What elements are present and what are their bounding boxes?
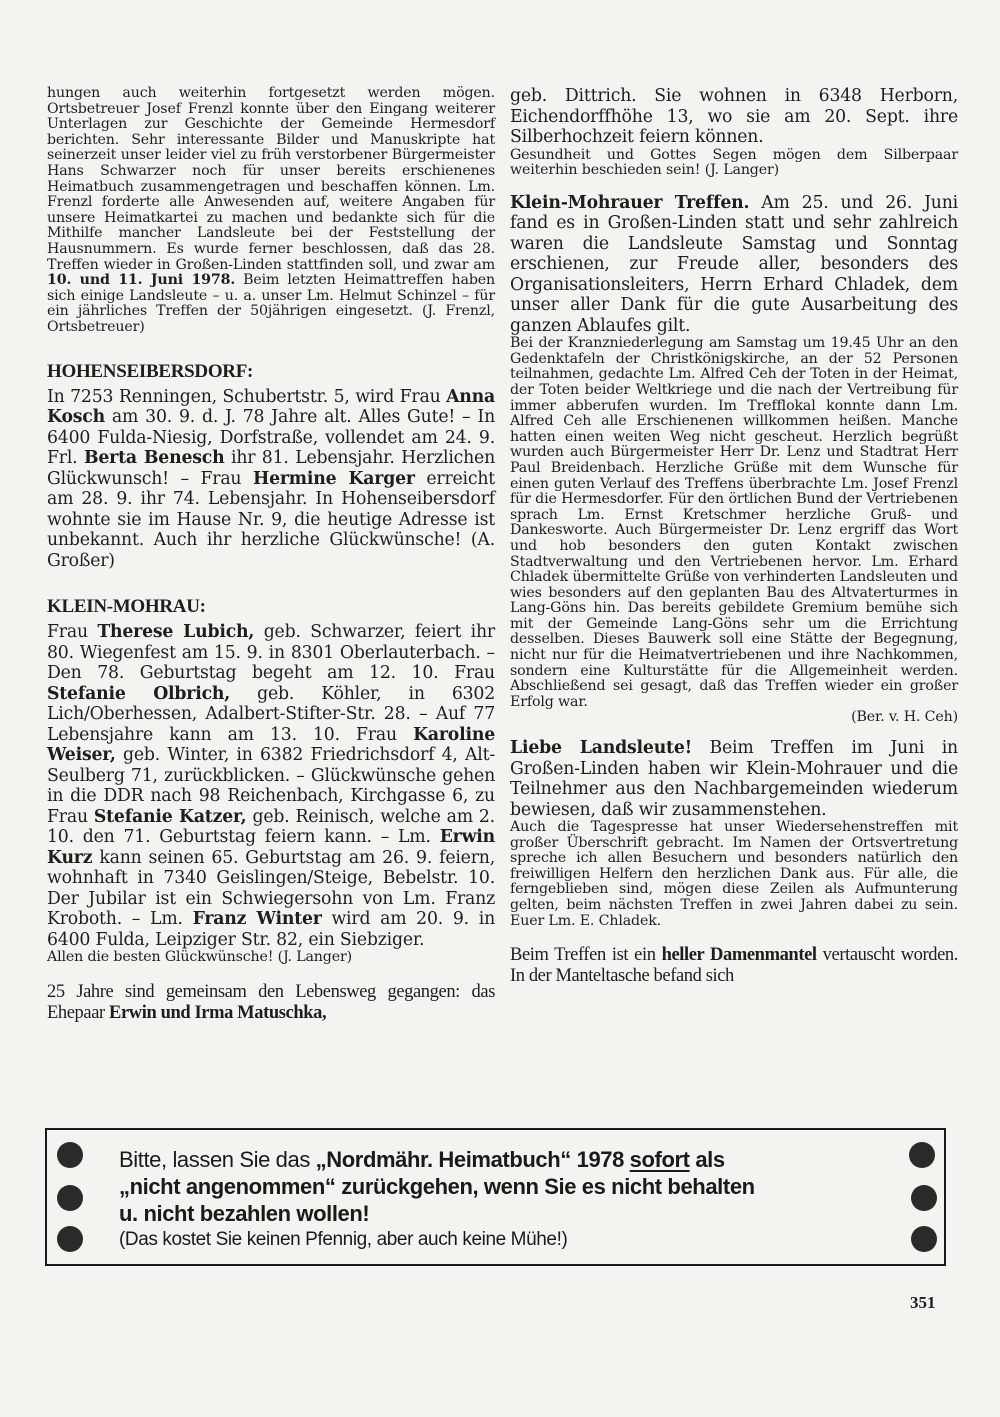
emphasis-sofort: sofort (630, 1147, 690, 1172)
text: Beim Treffen ist ein (510, 945, 662, 965)
notice-line-1: Bitte, lassen Sie das „Nordmähr. Heimatb… (119, 1146, 755, 1173)
damenmantel-paragraph: Beim Treffen ist ein heller Damenmantel … (510, 945, 958, 987)
text: Frau (47, 622, 97, 642)
intro-text: hungen auch weiterhin fortgesetzt werden… (47, 85, 495, 273)
landsleute-thanks: Auch die Tagespresse hat unser Wiederseh… (510, 820, 958, 929)
silver-wedding-continued: geb. Dittrich. Sie wohnen in 6348 Herbor… (510, 86, 958, 148)
person-name: Stefanie Olbrich, (47, 684, 230, 704)
person-name: Erwin und Irma Matuschka, (109, 1003, 326, 1023)
notice-text: Bitte, lassen Sie das „Nordmähr. Heimatb… (119, 1146, 755, 1252)
text: In 7253 Renningen, Schubertstr. 5, wird … (47, 387, 446, 407)
treffen-paragraph: Klein-Mohrauer Treffen. Am 25. und 26. J… (510, 193, 958, 337)
lost-item: heller Damenmantel (662, 945, 817, 965)
notice-line-2: „nicht angenommen“ zurückgehen, wenn Sie… (119, 1173, 755, 1200)
silver-wedding-blessing: Gesundheit und Gottes Segen mögen dem Si… (510, 148, 958, 179)
bullet-icon (911, 1185, 937, 1211)
bullet-icon (57, 1142, 83, 1168)
person-name: Berta Benesch (84, 448, 225, 468)
left-column: hungen auch weiterhin fortgesetzt werden… (47, 86, 495, 1024)
intro-paragraph: hungen auch weiterhin fortgesetzt werden… (47, 86, 495, 336)
treffen-title: Klein-Mohrauer Treffen. (510, 193, 749, 213)
landsleute-paragraph: Liebe Landsleute! Beim Treffen im Juni i… (510, 738, 958, 820)
landsleute-title: Liebe Landsleute! (510, 738, 692, 758)
heimatbuch-notice-box: Bitte, lassen Sie das „Nordmähr. Heimatb… (45, 1128, 946, 1266)
bullet-icon (909, 1142, 935, 1168)
section-heading-hohenseibersdorf: HOHENSEIBERSDORF: (47, 361, 495, 383)
section-heading-klein-mohrau: KLEIN-MOHRAU: (47, 596, 495, 618)
silver-wedding-paragraph: 25 Jahre sind gemeinsam den Lebensweg ge… (47, 982, 495, 1024)
treffen-signature: (Ber. v. H. Ceh) (510, 710, 958, 726)
klein-mohrau-closing: Allen die besten Glückwünsche! (J. Lange… (47, 950, 495, 966)
person-name: Hermine Karger (253, 469, 415, 489)
notice-line-4: (Das kostet Sie keinen Pfennig, aber auc… (119, 1227, 755, 1252)
person-name: Stefanie Katzer, (94, 807, 247, 827)
hohenseibersdorf-paragraph: In 7253 Renningen, Schubertstr. 5, wird … (47, 387, 495, 572)
text: Am 25. und 26. Juni fand es in Großen-Li… (510, 193, 958, 336)
bullet-icon (57, 1226, 83, 1252)
page-number: 351 (910, 1293, 936, 1313)
notice-line-3: u. nicht bezahlen wollen! (119, 1200, 755, 1227)
meeting-date: 10. und 11. Juni 1978. (47, 272, 235, 288)
bullet-icon (57, 1185, 83, 1211)
text: als (690, 1147, 725, 1172)
book-title: „Nordmähr. Heimatbuch“ 1978 (316, 1147, 630, 1172)
person-name: Therese Lubich, (97, 622, 254, 642)
person-name: Franz Winter (193, 909, 322, 929)
treffen-report: Bei der Kranzniederlegung am Samstag um … (510, 336, 958, 710)
right-column: geb. Dittrich. Sie wohnen in 6348 Herbor… (510, 86, 958, 987)
text: Bitte, lassen Sie das (119, 1147, 316, 1172)
bullet-icon (911, 1226, 937, 1252)
klein-mohrau-paragraph: Frau Therese Lubich, geb. Schwarzer, fei… (47, 622, 495, 950)
